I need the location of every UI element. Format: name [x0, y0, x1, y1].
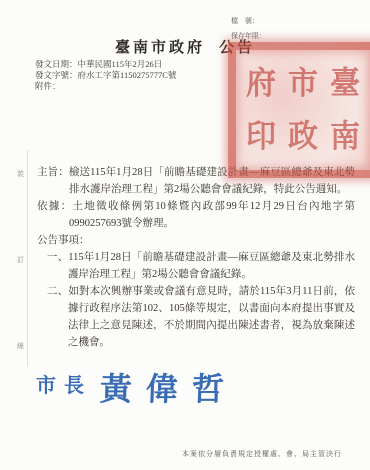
signature-name: 黃偉哲: [99, 364, 239, 410]
item-number: 一、: [47, 252, 68, 263]
seal-char: 政: [288, 110, 318, 163]
basis-label: 依據：: [37, 201, 72, 212]
doc-number-row: 發文字號：府水工字第1150275777C號: [35, 70, 176, 81]
official-seal: 臺 南 市 政 府 印: [228, 42, 370, 178]
doc-number-label: 發文字號：: [35, 70, 78, 80]
seal-char: 臺: [330, 57, 360, 110]
item-number: 二、: [47, 286, 68, 297]
attachment-row: 附件：: [35, 81, 176, 92]
basis-paragraph: 依據：土地徵收條例第10條暨內政部99年12月29日台內地字第099025769…: [37, 198, 355, 232]
seal-char: 印: [246, 110, 276, 163]
binding-mark-xian: 線: [17, 341, 24, 351]
issue-date-row: 發文日期：中華民國115年2月26日: [35, 59, 176, 70]
announcement-item-2: 二、如對本次興辦事業或會議有意見時，請於115年3月11日前，依據行政程序法第1…: [47, 283, 355, 351]
binding-mark-ding: 訂: [17, 255, 24, 265]
binding-line: [27, 150, 28, 366]
seal-char: 市: [288, 57, 318, 110]
seal-column: 府 印: [246, 57, 276, 163]
basis-text: 土地徵收條例第10條暨內政部99年12月29日台內地字第0990257693號令…: [69, 201, 355, 229]
archive-labels: 檔 號： 保存年限：: [231, 14, 266, 44]
signature-title: 市長: [36, 375, 92, 397]
issue-date-value: 中華民國115年2月26日: [78, 59, 163, 69]
file-number-label: 檔 號：: [231, 14, 266, 29]
attachment-label: 附件：: [35, 81, 61, 91]
announcement-page: 檔 號： 保存年限： 臺南市政府公告 臺 南 市 政 府 印 發文日期：中華民國…: [0, 0, 370, 470]
announcement-item-1: 一、115年1月28日「前瞻基礎建設計畫—麻豆區總爺及東北勢排水護岸治理工程」第…: [47, 249, 355, 283]
item-text: 115年1月28日「前瞻基礎建設計畫—麻豆區總爺及東北勢排水護岸治理工程」第2場…: [68, 252, 355, 280]
item-text: 如對本次興辦事業或會議有意見時，請於115年3月11日前，依據行政程序法第102…: [68, 286, 355, 348]
subject-label: 主旨：: [37, 167, 69, 178]
issuing-agency: 臺南市政府: [115, 40, 205, 56]
binding-mark-zhuang: 裝: [17, 169, 24, 179]
mayor-signature: 市長 黃偉哲: [36, 364, 238, 410]
items-header: 公告事項：: [37, 232, 355, 249]
doc-number-value: 府水工字第1150275777C號: [78, 70, 177, 80]
seal-column: 市 政: [288, 57, 318, 163]
issue-info: 發文日期：中華民國115年2月26日 發文字號：府水工字第1150275777C…: [35, 59, 176, 92]
delegation-footnote: 本案依分層負責規定授權處、會、局主管決行: [182, 449, 342, 459]
seal-char: 南: [330, 110, 360, 163]
issue-date-label: 發文日期：: [35, 59, 78, 69]
announcement-body: 主旨：檢送115年1月28日「前瞻基礎建設計畫—麻豆區總爺及東北勢排水護岸治理工…: [37, 164, 355, 351]
seal-char: 府: [246, 57, 276, 110]
retention-period-label: 保存年限：: [231, 29, 266, 44]
seal-column: 臺 南: [330, 57, 360, 163]
